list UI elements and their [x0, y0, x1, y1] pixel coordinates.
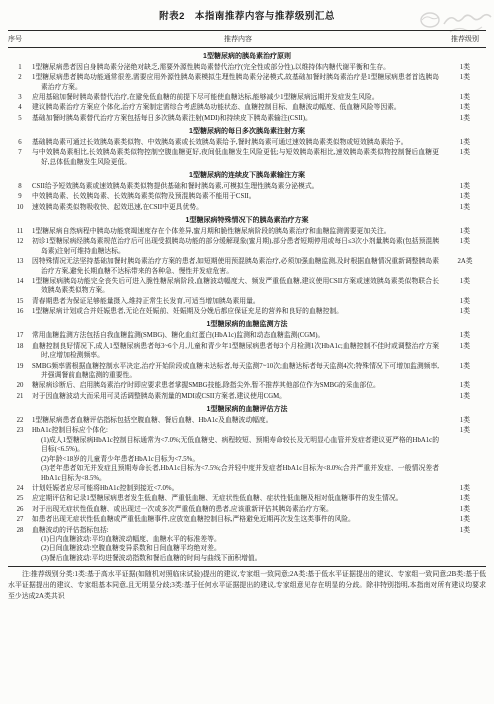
recommendation-level: 1类 — [444, 392, 486, 401]
row-number: 18 — [8, 342, 32, 361]
row-number: 26 — [8, 505, 32, 514]
table-row: 111型糖尿病自然病程中胰岛功能衰竭速度存在个体差异,蜜月期和脆性糖尿病阶段的胰… — [8, 227, 486, 236]
row-number: 9 — [8, 192, 32, 201]
table-body: 1型糖尿病的胰岛素治疗原则11型糖尿病患者因自身胰岛素分泌绝对缺乏,需要外源性胰… — [8, 49, 486, 563]
page-title: 附表2 本指南推荐内容与推荐级别汇总 — [8, 8, 486, 22]
header-col-content: 推荐内容 — [32, 34, 444, 44]
recommendation-text: 对于出现无症状性低血糖、或出现过一次或多次严重低血糖的患者,应该重新评估其胰岛素… — [32, 505, 444, 514]
row-number: 10 — [8, 203, 32, 212]
row-number: 3 — [8, 93, 32, 102]
row-number: 15 — [8, 297, 32, 306]
row-number: 5 — [8, 114, 32, 123]
recommendation-text: 与中效胰岛素相比,长效胰岛素类似物控制空腹血糖更好,夜间低血糖发生风险更低;与短… — [32, 148, 444, 167]
row-number: 27 — [8, 515, 32, 524]
recommendation-level: 1类 — [444, 63, 486, 72]
section-header: 1型糖尿病的胰岛素治疗原则 — [8, 49, 486, 62]
table-row: 21对于因血糖波动大而采用可灵活调整胰岛素剂量的MDI或CSII方案者,建议使用… — [8, 392, 486, 401]
table-row: 3应用基础加餐时胰岛素替代治疗,在避免低血糖的前提下尽可能使血糖达标,能够减少1… — [8, 93, 486, 102]
recommendation-level: 1类 — [444, 73, 486, 92]
table-row: 20糖尿病诊断后、启用胰岛素治疗时即应要求患者掌握SMBG技能,除指尖外,暂不推… — [8, 381, 486, 390]
recommendation-text: 血糖控制良好情况下,成人1型糖尿病患者每3~6个月,儿童和青少年1型糖尿病患者每… — [32, 342, 444, 361]
header-col-no: 序号 — [8, 34, 32, 44]
recommendation-level: 1类 — [444, 192, 486, 201]
table-row: 6基础胰岛素可通过长效胰岛素类似物、中效胰岛素或长效胰岛素给予,餐时胰岛素可通过… — [8, 138, 486, 147]
recommendation-level: 1类 — [444, 103, 486, 112]
recommendation-text: 建议胰岛素治疗方案应个体化,治疗方案制定需综合考虑胰岛功能状态、血糖控制目标、血… — [32, 103, 444, 112]
table-row: 27如患者出现无症状性低血糖或严重低血糖事件,应放宽血糖控制目标,严格避免近期再… — [8, 515, 486, 524]
table-row: 7与中效胰岛素相比,长效胰岛素类似物控制空腹血糖更好,夜间低血糖发生风险更低;与… — [8, 148, 486, 167]
recommendation-level: 1类 — [444, 93, 486, 102]
recommendation-text: 1型糖尿病患者因自身胰岛素分泌绝对缺乏,需要外源性胰岛素替代治疗(完全性或部分性… — [32, 63, 444, 72]
recommendation-level: 1类 — [444, 138, 486, 147]
recommendation-text: 1型糖尿病胰岛功能完全丧失后可进入脆性糖尿病阶段,血糖波动幅度大、频发严重低血糖… — [32, 277, 444, 296]
table-row: 25应定期评估和记录1型糖尿病患者发生低血糖、严重低血糖、无症状性低血糖、症状性… — [8, 494, 486, 503]
recommendation-text: CSII给予短效胰岛素或速效胰岛素类似物提供基础和餐时胰岛素,可模拟生理性胰岛素… — [32, 182, 444, 191]
table-row: 13因特殊情况无法坚持基础加餐时胰岛素治疗方案的患者,如短期使用预混胰岛素治疗,… — [8, 257, 486, 276]
recommendation-text: 计划妊娠者应尽可能将HbA1c控制到接近<7.0%。 — [32, 484, 444, 493]
table-row: 11型糖尿病患者因自身胰岛素分泌绝对缺乏,需要外源性胰岛素替代治疗(完全性或部分… — [8, 63, 486, 72]
table-row: 24计划妊娠者应尽可能将HbA1c控制到接近<7.0%。1类 — [8, 484, 486, 493]
row-number: 7 — [8, 148, 32, 167]
row-number: 4 — [8, 103, 32, 112]
row-number: 2 — [8, 73, 32, 92]
row-number: 28 — [8, 526, 32, 564]
table-row: 18血糖控制良好情况下,成人1型糖尿病患者每3~6个月,儿童和青少年1型糖尿病患… — [8, 342, 486, 361]
document-page: 附表2 本指南推荐内容与推荐级别汇总 序号 推荐内容 推荐级别 1型糖尿病的胰岛… — [0, 0, 494, 704]
recommendation-level: 1类 — [444, 416, 486, 425]
table-row: 141型糖尿病胰岛功能完全丧失后可进入脆性糖尿病阶段,血糖波动幅度大、频发严重低… — [8, 277, 486, 296]
table-row: 17常用血糖监测方法包括自我血糖监测(SMBG)、糖化血红蛋白(HbA1c)监测… — [8, 331, 486, 340]
recommendation-level: 2A类 — [444, 257, 486, 276]
section-header: 1型糖尿病的血糖评估方法 — [8, 402, 486, 415]
row-number: 14 — [8, 277, 32, 296]
table-row: 4建议胰岛素治疗方案应个体化,治疗方案制定需综合考虑胰岛功能状态、血糖控制目标、… — [8, 103, 486, 112]
recommendation-text: 因特殊情况无法坚持基础加餐时胰岛素治疗方案的患者,如短期使用预混胰岛素治疗,必须… — [32, 257, 444, 276]
recommendation-level: 1类 — [444, 494, 486, 503]
recommendation-level: 1类 — [444, 297, 486, 306]
recommendation-level: 1类 — [444, 484, 486, 493]
recommendation-text: HbA1c控制目标应个体化: (1)成人1型糖尿病HbA1c控制目标通常为<7.… — [32, 426, 444, 482]
table-row: 19SMBG频率需根据血糖控制水平决定,治疗开始阶段或血糖未达标者,每天监测7~… — [8, 362, 486, 381]
recommendation-text: 应定期评估和记录1型糖尿病患者发生低血糖、严重低血糖、无症状性低血糖、症状性低血… — [32, 494, 444, 503]
recommendation-level: 1类 — [444, 148, 486, 167]
section-header: 1型糖尿病的血糖监测方法 — [8, 318, 486, 331]
table-row: 12初诊1型糖尿病经胰岛素规范治疗后可出现受损胰岛功能的部分缓解现象(蜜月期),… — [8, 237, 486, 256]
recommendation-text: 速效胰岛素类似物吸收快、起效迅速,在CSII中更具优势。 — [32, 203, 444, 212]
footnote-divider — [8, 566, 486, 567]
row-number: 6 — [8, 138, 32, 147]
recommendation-text: 对于因血糖波动大而采用可灵活调整胰岛素剂量的MDI或CSII方案者,建议使用CG… — [32, 392, 444, 401]
recommendation-level: 1类 — [444, 114, 486, 123]
recommendation-text: 1型糖尿病患者血糖评估指标包括空腹血糖、餐后血糖、HbA1c及血糖波动幅度。 — [32, 416, 444, 425]
recommendation-level: 1类 — [444, 277, 486, 296]
recommendation-level: 1类 — [444, 342, 486, 361]
recommendation-text: 青春期患者为保证足够能量摄入,维持正常生长发育,可适当增加胰岛素用量。 — [32, 297, 444, 306]
table-row: 221型糖尿病患者血糖评估指标包括空腹血糖、餐后血糖、HbA1c及血糖波动幅度。… — [8, 416, 486, 425]
row-number: 23 — [8, 426, 32, 482]
row-number: 11 — [8, 227, 32, 236]
table-row: 9中效胰岛素、长效胰岛素、长效胰岛素类似物及预混胰岛素不能用于CSII。1类 — [8, 192, 486, 201]
recommendation-level: 1类 — [444, 426, 486, 482]
recommendation-text: 常用血糖监测方法包括自我血糖监测(SMBG)、糖化血红蛋白(HbA1c)监测和动… — [32, 331, 444, 340]
table-row: 5基础加餐时胰岛素替代治疗方案包括每日多次胰岛素注射(MDI)和持续皮下胰岛素输… — [8, 114, 486, 123]
row-number: 13 — [8, 257, 32, 276]
row-number: 22 — [8, 416, 32, 425]
recommendation-text: 糖尿病诊断后、启用胰岛素治疗时即应要求患者掌握SMBG技能,除指尖外,暂不推荐其… — [32, 381, 444, 390]
table-header-row: 序号 推荐内容 推荐级别 — [8, 30, 486, 48]
row-number: 20 — [8, 381, 32, 390]
recommendation-text: 1型糖尿病计划或合并妊娠患者,无论在妊娠前、妊娠期及分娩后都应保证充足的营养和良… — [32, 307, 444, 316]
row-number: 24 — [8, 484, 32, 493]
section-header: 1型糖尿病特殊情况下的胰岛素治疗方案 — [8, 213, 486, 226]
footnote: 注:推荐级别分类:1类:基于高水平证据(如随机对照临床试验)提出的建议,专家组一… — [8, 570, 486, 602]
recommendation-text: 基础加餐时胰岛素替代治疗方案包括每日多次胰岛素注射(MDI)和持续皮下胰岛素输注… — [32, 114, 444, 123]
recommendation-level: 1类 — [444, 331, 486, 340]
recommendation-text: 应用基础加餐时胰岛素替代治疗,在避免低血糖的前提下尽可能使血糖达标,能够减少1型… — [32, 93, 444, 102]
recommendation-text: 如患者出现无症状性低血糖或严重低血糖事件,应放宽血糖控制目标,严格避免近期再次发… — [32, 515, 444, 524]
recommendation-text: 1型糖尿病自然病程中胰岛功能衰竭速度存在个体差异,蜜月期和脆性糖尿病阶段的胰岛素… — [32, 227, 444, 236]
recommendation-level: 1类 — [444, 526, 486, 564]
recommendation-level: 1类 — [444, 381, 486, 390]
row-number: 25 — [8, 494, 32, 503]
recommendation-text: 基础胰岛素可通过长效胰岛素类似物、中效胰岛素或长效胰岛素给予,餐时胰岛素可通过速… — [32, 138, 444, 147]
section-header: 1型糖尿病的连续皮下胰岛素输注方案 — [8, 168, 486, 181]
recommendation-text: 血糖波动的评估指标包括: (1)日内血糖波动:平均血糖波动幅度、血糖水平的标准差… — [32, 526, 444, 564]
table-row: 26对于出现无症状性低血糖、或出现过一次或多次严重低血糖的患者,应该重新评估其胰… — [8, 505, 486, 514]
row-number: 12 — [8, 237, 32, 256]
recommendation-text: 初诊1型糖尿病经胰岛素规范治疗后可出现受损胰岛功能的部分缓解现象(蜜月期),部分… — [32, 237, 444, 256]
table-row: 23HbA1c控制目标应个体化: (1)成人1型糖尿病HbA1c控制目标通常为<… — [8, 426, 486, 482]
recommendation-text: 中效胰岛素、长效胰岛素、长效胰岛素类似物及预混胰岛素不能用于CSII。 — [32, 192, 444, 201]
row-number: 16 — [8, 307, 32, 316]
table-row: 28血糖波动的评估指标包括: (1)日内血糖波动:平均血糖波动幅度、血糖水平的标… — [8, 526, 486, 564]
row-number: 8 — [8, 182, 32, 191]
recommendation-text: SMBG频率需根据血糖控制水平决定,治疗开始阶段或血糖未达标者,每天监测7~10… — [32, 362, 444, 381]
recommendation-level: 1类 — [444, 515, 486, 524]
recommendation-level: 1类 — [444, 227, 486, 236]
table-row: 161型糖尿病计划或合并妊娠患者,无论在妊娠前、妊娠期及分娩后都应保证充足的营养… — [8, 307, 486, 316]
row-number: 17 — [8, 331, 32, 340]
section-header: 1型糖尿病的每日多次胰岛素注射方案 — [8, 124, 486, 137]
table-row: 10速效胰岛素类似物吸收快、起效迅速,在CSII中更具优势。1类 — [8, 203, 486, 212]
row-number: 1 — [8, 63, 32, 72]
recommendation-level: 1类 — [444, 237, 486, 256]
table-row: 15青春期患者为保证足够能量摄入,维持正常生长发育,可适当增加胰岛素用量。1类 — [8, 297, 486, 306]
recommendation-text: 1型糖尿病患者胰岛功能通常很差,需要应用外源性胰岛素模拟生理性胰岛素分泌模式,故… — [32, 73, 444, 92]
row-number: 19 — [8, 362, 32, 381]
table-row: 8CSII给予短效胰岛素或速效胰岛素类似物提供基础和餐时胰岛素,可模拟生理性胰岛… — [8, 182, 486, 191]
recommendation-level: 1类 — [444, 505, 486, 514]
recommendation-level: 1类 — [444, 307, 486, 316]
recommendation-level: 1类 — [444, 182, 486, 191]
recommendation-level: 1类 — [444, 362, 486, 381]
table-row: 21型糖尿病患者胰岛功能通常很差,需要应用外源性胰岛素模拟生理性胰岛素分泌模式,… — [8, 73, 486, 92]
header-col-level: 推荐级别 — [444, 34, 486, 44]
row-number: 21 — [8, 392, 32, 401]
recommendation-level: 1类 — [444, 203, 486, 212]
